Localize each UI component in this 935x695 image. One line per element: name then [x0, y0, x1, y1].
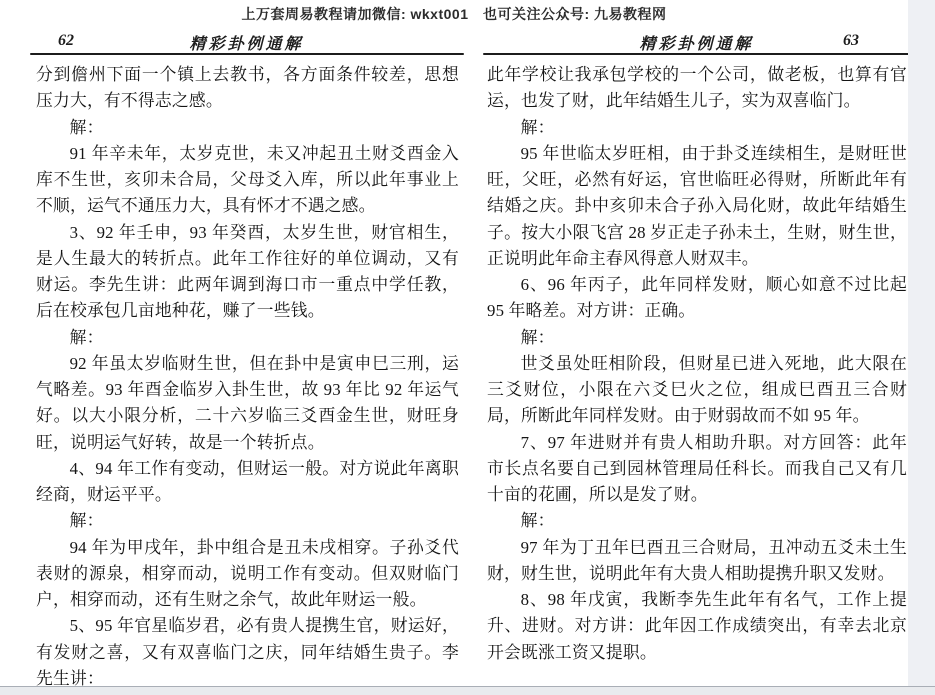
paragraph: 解： — [36, 325, 459, 351]
paragraph: 解： — [487, 325, 907, 351]
paragraph: 解： — [487, 115, 907, 141]
paragraph: 分到儋州下面一个镇上去教书，各方面条件较差，思想压力大，有不得志之感。 — [36, 62, 459, 115]
header-rule-right — [483, 53, 911, 55]
paragraph: 6、96 年丙子，此年同样发财，顺心如意不过比起 95 年略差。对方讲：正确。 — [487, 272, 907, 325]
paragraph: 97 年为丁丑年巳酉丑三合财局，丑冲动五爻未土生财，财生世，说明此年有大贵人相助… — [487, 535, 907, 588]
paragraph: 95 年世临太岁旺相，由于卦爻连续相生，是财旺世旺，父旺，必然有好运，官世临旺必… — [487, 141, 907, 272]
scan-edge-strip-right — [908, 0, 935, 695]
paragraph: 4、94 年工作有变动，但财运一般。对方说此年离职经商，财运平平。 — [36, 456, 459, 509]
paragraph: 此年学校让我承包学校的一个公司，做老板，也算有官运，也发了财，此年结婚生儿子，实… — [487, 62, 907, 115]
watermark-text: 上万套周易教程请加微信: wkxt001 也可关注公众号: 九易教程网 — [0, 4, 908, 24]
paragraph: 91 年辛未年，太岁克世，未又冲起丑土财爻酉金入库不生世，亥卯未合局，父母爻入库… — [36, 141, 459, 220]
running-title-left: 精彩卦例通解 — [30, 31, 463, 54]
header-rule-left — [30, 53, 464, 55]
page-body-left: 分到儋州下面一个镇上去教书，各方面条件较差，思想压力大，有不得志之感。解：91 … — [36, 62, 459, 692]
paragraph: 解： — [36, 508, 459, 534]
paragraph: 解： — [487, 508, 907, 534]
paragraph: 94 年为甲戌年，卦中组合是丑未戌相穿。子孙爻代表财的源泉，相穿而动，说明工作有… — [36, 535, 459, 614]
paragraph: 92 年虽太岁临财生世，但在卦中是寅申巳三刑，运气略差。93 年酉金临岁入卦生世… — [36, 351, 459, 456]
scan-edge-strip-bottom — [0, 686, 935, 695]
paragraph: 7、97 年进财并有贵人相助升职。对方回答：此年市长点名要自己到园林管理局任科长… — [487, 430, 907, 509]
page-body-right: 此年学校让我承包学校的一个公司，做老板，也算有官运，也发了财，此年结婚生儿子，实… — [487, 62, 907, 666]
paragraph: 3、92 年壬申，93 年癸酉，太岁生世，财官相生，是人生最大的转折点。此年工作… — [36, 220, 459, 325]
paragraph: 世爻虽处旺相阶段，但财星已进入死地，此大限在三爻财位，小限在六爻巳火之位，组成巳… — [487, 351, 907, 430]
paragraph: 5、95 年官星临岁君，必有贵人提携生官，财运好，有发财之喜，又有双喜临门之庆，… — [36, 613, 459, 692]
paragraph: 解： — [36, 115, 459, 141]
paragraph: 8、98 年戊寅，我断李先生此年有名气，工作上提升、进财。对方讲：此年因工作成绩… — [487, 587, 907, 666]
page-number-right: 63 — [843, 32, 859, 50]
book-scan-spread: 上万套周易教程请加微信: wkxt001 也可关注公众号: 九易教程网 62 精… — [0, 0, 935, 695]
